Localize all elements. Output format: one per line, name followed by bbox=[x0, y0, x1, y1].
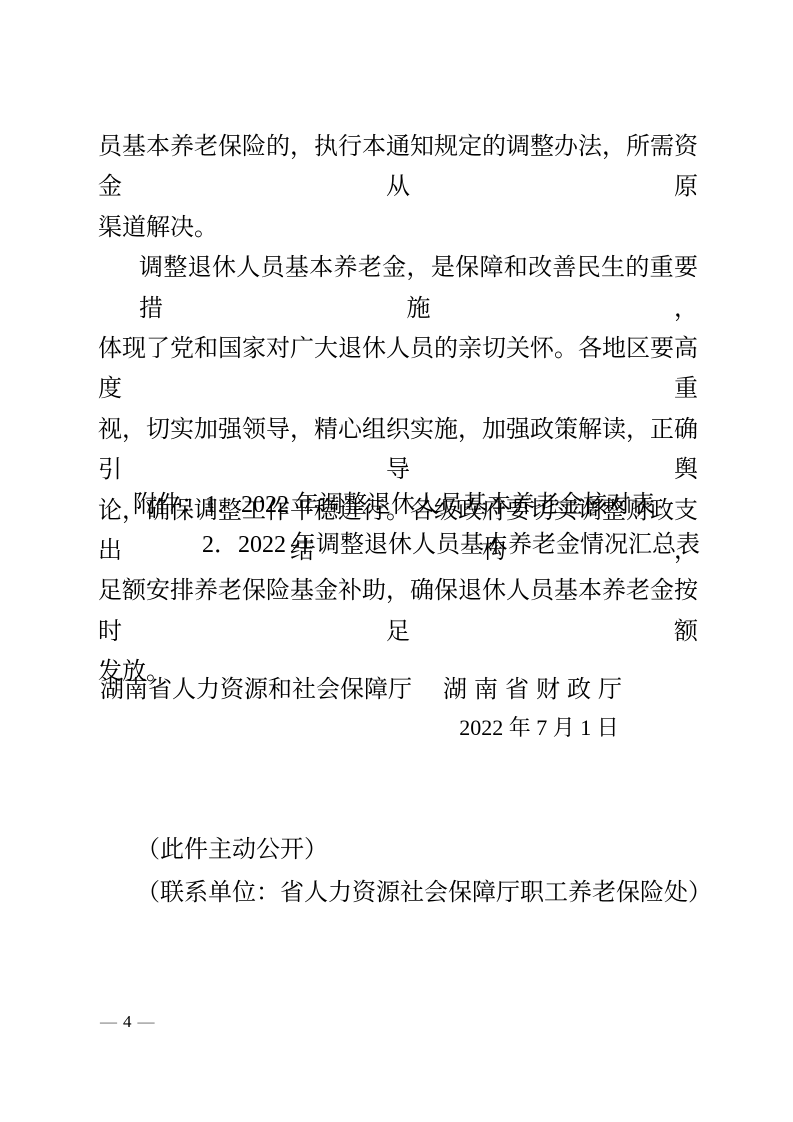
attachments-block: 附件：1．2022 年调整退休人员基本养老金核对表 2．2022 年调整退休人员… bbox=[98, 485, 738, 566]
attachment-item-1: 附件：1．2022 年调整退休人员基本养老金核对表 bbox=[98, 485, 738, 525]
issue-date: 2022 年 7 月 1 日 bbox=[429, 711, 649, 742]
paragraph1-line-2: 渠道解决。 bbox=[98, 208, 698, 248]
paragraph2-line-5: 足额安排养老保险基金补助，确保退休人员基本养老金按时足额 bbox=[98, 571, 698, 652]
attachment-item-2: 2．2022 年调整退休人员基本养老金情况汇总表 bbox=[98, 525, 738, 565]
paragraph2-line-2: 体现了党和国家对广大退休人员的亲切关怀。各地区要高度重 bbox=[98, 329, 698, 410]
page-number-dash-left: — bbox=[100, 1012, 117, 1031]
page-number-dash-right: — bbox=[138, 1012, 155, 1031]
issuing-org-right: 湖南省财政厅 bbox=[443, 669, 629, 704]
disclosure-note: （此件主动公开） bbox=[136, 829, 756, 872]
document-page: 员基本养老保险的，执行本通知规定的调整办法，所需资金从原 渠道解决。 调整退休人… bbox=[0, 0, 793, 1122]
paragraph2-line-3: 视，切实加强领导，精心组织实施，加强政策解读，正确引导舆 bbox=[98, 410, 698, 491]
page-number: —4— bbox=[100, 1012, 155, 1032]
body-text-block: 员基本养老保险的，执行本通知规定的调整办法，所需资金从原 渠道解决。 调整退休人… bbox=[98, 127, 698, 693]
issuing-org-left: 湖南省人力资源和社会保障厅 bbox=[100, 669, 412, 704]
paragraph1-line-1: 员基本养老保险的，执行本通知规定的调整办法，所需资金从原 bbox=[98, 127, 698, 208]
notes-block: （此件主动公开） （联系单位：省人力资源社会保障厅职工养老保险处） bbox=[98, 829, 756, 914]
paragraph2-line-1: 调整退休人员基本养老金，是保障和改善民生的重要措施， bbox=[98, 248, 698, 329]
contact-note: （联系单位：省人力资源社会保障厅职工养老保险处） bbox=[136, 872, 756, 915]
page-number-value: 4 bbox=[117, 1012, 138, 1031]
